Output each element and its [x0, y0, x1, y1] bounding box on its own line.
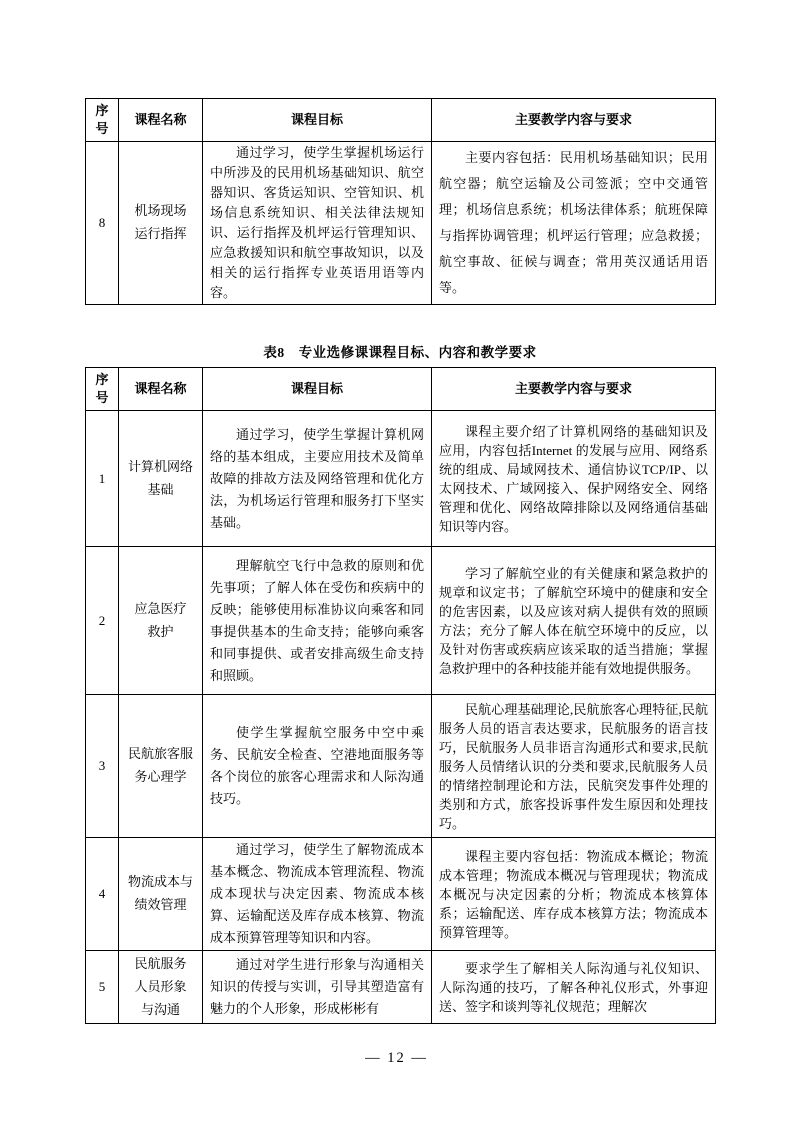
- course-objective-text: 通过对学生进行形象与沟通相关知识的传授与实训，引导其塑造富有魅力的个人形象，形成…: [210, 954, 424, 1020]
- course-name: 计算机网络 基础: [119, 411, 203, 547]
- course-name: 民航服务 人员形象 与沟通: [119, 951, 203, 1024]
- course-objective: 通过学习，使学生掌握计算机网络的基本组成，主要应用技术及简单故障的排故方法及网络…: [203, 411, 432, 547]
- document-content: 序 号 课程名称 课程目标 主要教学内容与要求 8 机场现场 运行指挥 通过学习…: [85, 98, 715, 1024]
- header-cell-course-name: 课程名称: [119, 99, 203, 142]
- teaching-content-text: 要求学生了解相关人际沟通与礼仪知识、人际沟通的技巧，了解各种礼仪形式，外事迎送、…: [439, 959, 708, 1016]
- course-objective-text: 通过学习，使学生了解物流成本基本概念、物流成本管理流程、物流成本现状与决定因素、…: [210, 839, 424, 949]
- teaching-content-text: 主要内容包括：民用机场基础知识；民用航空器；航空运输及公司签派；空中交通管理；机…: [439, 145, 708, 301]
- teaching-content: 课程主要介绍了计算机网络的基础知识及应用，内容包括Internet 的发展与应用…: [432, 411, 716, 547]
- course-number: 3: [86, 695, 119, 838]
- header-cell-teaching-content: 主要教学内容与要求: [432, 368, 716, 411]
- course-objective-text: 使学生掌握航空服务中空中乘务、民航安全检查、空港地面服务等各个岗位的旅客心理需求…: [210, 722, 424, 810]
- course-number: 2: [86, 547, 119, 695]
- teaching-content: 课程主要内容包括：物流成本概论；物流成本管理；物流成本概况与管理现状；物流成本概…: [432, 838, 716, 951]
- teaching-content: 民航心理基础理论,民航旅客心理特征,民航服务人员的语言表达要求，民航服务的语言技…: [432, 695, 716, 838]
- table-row: 3 民航旅客服 务心理学 使学生掌握航空服务中空中乘务、民航安全检查、空港地面服…: [86, 695, 716, 838]
- header-cell-no: 序 号: [86, 99, 119, 142]
- teaching-content: 主要内容包括：民用机场基础知识；民用航空器；航空运输及公司签派；空中交通管理；机…: [432, 142, 716, 305]
- course-objective-text: 通过学习，使学生掌握机场运行中所涉及的民用机场基础知识、航空器知识、客货运知识、…: [210, 143, 424, 303]
- teaching-content: 学习了解航空业的有关健康和紧急救护的规章和议定书；了解航空环境中的健康和安全的危…: [432, 547, 716, 695]
- page-number: — 12 —: [0, 1050, 793, 1067]
- course-number: 8: [86, 142, 119, 305]
- course-objective: 使学生掌握航空服务中空中乘务、民航安全检查、空港地面服务等各个岗位的旅客心理需求…: [203, 695, 432, 838]
- header-cell-course-objective: 课程目标: [203, 99, 432, 142]
- table-header-row: 序 号 课程名称 课程目标 主要教学内容与要求: [86, 368, 716, 411]
- table-row: 8 机场现场 运行指挥 通过学习，使学生掌握机场运行中所涉及的民用机场基础知识、…: [86, 142, 716, 305]
- table8-title: 表8 专业选修课课程目标、内容和教学要求: [85, 341, 715, 361]
- course-name: 物流成本与 绩效管理: [119, 838, 203, 951]
- course-objective: 通过对学生进行形象与沟通相关知识的传授与实训，引导其塑造富有魅力的个人形象，形成…: [203, 951, 432, 1024]
- header-cell-no: 序 号: [86, 368, 119, 411]
- teaching-content: 要求学生了解相关人际沟通与礼仪知识、人际沟通的技巧，了解各种礼仪形式，外事迎送、…: [432, 951, 716, 1024]
- table-row: 5 民航服务 人员形象 与沟通 通过对学生进行形象与沟通相关知识的传授与实训，引…: [86, 951, 716, 1024]
- header-cell-course-name: 课程名称: [119, 368, 203, 411]
- table-row: 4 物流成本与 绩效管理 通过学习，使学生了解物流成本基本概念、物流成本管理流程…: [86, 838, 716, 951]
- table-elective-courses: 序 号 课程名称 课程目标 主要教学内容与要求 1 计算机网络 基础 通过学习，…: [85, 367, 716, 1024]
- course-number: 1: [86, 411, 119, 547]
- course-objective-text: 通过学习，使学生掌握计算机网络的基本组成，主要应用技术及简单故障的排故方法及网络…: [210, 424, 424, 534]
- table-row: 1 计算机网络 基础 通过学习，使学生掌握计算机网络的基本组成，主要应用技术及简…: [86, 411, 716, 547]
- teaching-content-text: 课程主要内容包括：物流成本概论；物流成本管理；物流成本概况与管理现状；物流成本概…: [439, 847, 708, 942]
- course-number: 5: [86, 951, 119, 1024]
- header-cell-course-objective: 课程目标: [203, 368, 432, 411]
- course-objective-text: 理解航空飞行中急救的原则和优先事项；了解人体在受伤和疾病中的反映；能够使用标准协…: [210, 555, 424, 687]
- course-objective: 通过学习，使学生了解物流成本基本概念、物流成本管理流程、物流成本现状与决定因素、…: [203, 838, 432, 951]
- course-name: 民航旅客服 务心理学: [119, 695, 203, 838]
- course-name: 应急医疗 救护: [119, 547, 203, 695]
- table-required-courses: 序 号 课程名称 课程目标 主要教学内容与要求 8 机场现场 运行指挥 通过学习…: [85, 98, 716, 305]
- course-name: 机场现场 运行指挥: [119, 142, 203, 305]
- table-header-row: 序 号 课程名称 课程目标 主要教学内容与要求: [86, 99, 716, 142]
- document-page: 序 号 课程名称 课程目标 主要教学内容与要求 8 机场现场 运行指挥 通过学习…: [0, 0, 793, 1122]
- table-row: 2 应急医疗 救护 理解航空飞行中急救的原则和优先事项；了解人体在受伤和疾病中的…: [86, 547, 716, 695]
- course-objective: 通过学习，使学生掌握机场运行中所涉及的民用机场基础知识、航空器知识、客货运知识、…: [203, 142, 432, 305]
- course-number: 4: [86, 838, 119, 951]
- course-objective: 理解航空飞行中急救的原则和优先事项；了解人体在受伤和疾病中的反映；能够使用标准协…: [203, 547, 432, 695]
- teaching-content-text: 学习了解航空业的有关健康和紧急救护的规章和议定书；了解航空环境中的健康和安全的危…: [439, 564, 708, 678]
- teaching-content-text: 民航心理基础理论,民航旅客心理特征,民航服务人员的语言表达要求，民航服务的语言技…: [439, 700, 708, 833]
- header-cell-teaching-content: 主要教学内容与要求: [432, 99, 716, 142]
- teaching-content-text: 课程主要介绍了计算机网络的基础知识及应用，内容包括Internet 的发展与应用…: [439, 422, 708, 536]
